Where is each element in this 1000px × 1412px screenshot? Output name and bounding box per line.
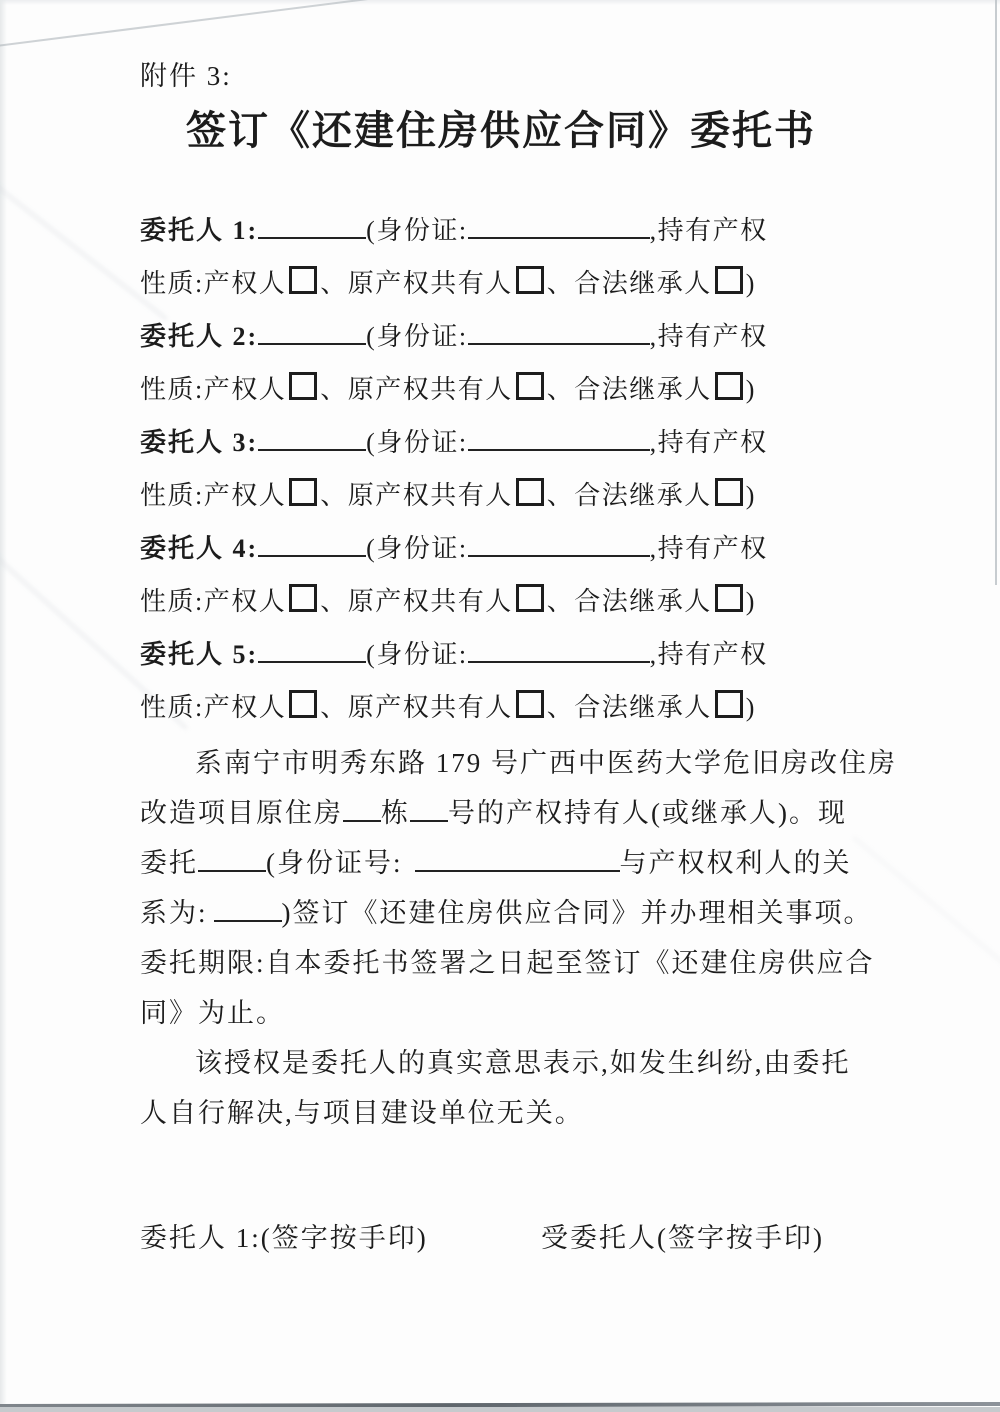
document-title: 签订《还建住房供应合同》委托书 (140, 102, 862, 160)
agent-id-blank-field (415, 864, 620, 872)
nature-text: 性质:产权人 (140, 693, 286, 722)
scan-edge-left (0, 0, 7, 1412)
nature-text: 、原产权共有人 (320, 587, 513, 616)
body-text: 委托 (140, 848, 198, 878)
line-tail: ,持有产权 (650, 640, 768, 669)
body-text: 号的产权持有人(或继承人)。现 (448, 798, 847, 828)
name-blank-field (258, 549, 366, 557)
principal-block: 委托人 3:(身份证:,持有产权 性质:产权人、原产权共有人、合法继承人) (140, 416, 862, 522)
body-line: 该授权是委托人的真实意思表示,如发生纠纷,由委托 (140, 1038, 862, 1088)
checkbox-square (516, 266, 544, 294)
nature-text: ) (746, 375, 756, 404)
body-text: 与产权权利人的关 (620, 848, 852, 878)
principal-block: 委托人 5:(身份证:,持有产权 性质:产权人、原产权共有人、合法继承人) (140, 628, 862, 734)
checkbox-square (715, 266, 743, 294)
nature-text: 、合法继承人 (547, 693, 712, 722)
id-blank-field (468, 337, 650, 345)
principal-line-1: 委托人 2:(身份证:,持有产权 (140, 310, 862, 363)
body-line: 系南宁市明秀东路 179 号广西中医药大学危旧房改住房 (140, 738, 862, 788)
signature-row: 委托人 1:(签字按手印) 受委托人(签字按手印) (140, 1216, 862, 1260)
body-text: 系为: (140, 898, 208, 928)
principal-line-2: 性质:产权人、原产权共有人、合法继承人) (140, 575, 862, 628)
id-blank-field (468, 231, 650, 239)
checkbox-square (516, 478, 544, 506)
principal-line-2: 性质:产权人、原产权共有人、合法继承人) (140, 681, 862, 734)
checkbox-square (289, 690, 317, 718)
scan-edge-bottom-fill (0, 1407, 1000, 1412)
principal-label: 委托人 5: (140, 640, 258, 669)
checkbox-square (715, 690, 743, 718)
id-card-prefix: (身份证: (366, 640, 467, 669)
body-line: 委托期限:自本委托书签署之日起至签订《还建住房供应合 (140, 938, 862, 988)
nature-text: 性质:产权人 (140, 375, 286, 404)
principal-line-1: 委托人 4:(身份证:,持有产权 (140, 522, 862, 575)
checkbox-square (715, 584, 743, 612)
principal-label: 委托人 3: (140, 428, 258, 457)
checkbox-square (289, 266, 317, 294)
document-content: 附件 3: 签订《还建住房供应合同》委托书 委托人 1:(身份证:,持有产权 性… (140, 0, 862, 1260)
id-card-prefix: (身份证: (366, 216, 467, 245)
body-line: 同》为止。 (140, 988, 862, 1038)
scan-streak (852, 836, 1000, 967)
body-text: (身份证号: (266, 848, 403, 878)
nature-text: 、合法继承人 (547, 269, 712, 298)
id-blank-field (468, 549, 650, 557)
line-tail: ,持有产权 (650, 216, 768, 245)
name-blank-field (258, 655, 366, 663)
scan-edge-right (995, 0, 997, 585)
checkbox-square (715, 478, 743, 506)
principal-line-1: 委托人 5:(身份证:,持有产权 (140, 628, 862, 681)
body-line: 人自行解决,与项目建设单位无关。 (140, 1088, 862, 1138)
checkbox-square (715, 372, 743, 400)
nature-text: 、原产权共有人 (320, 481, 513, 510)
principal-line-1: 委托人 3:(身份证:,持有产权 (140, 416, 862, 469)
id-blank-field (468, 655, 650, 663)
nature-text: 、合法继承人 (547, 375, 712, 404)
checkbox-square (516, 372, 544, 400)
principal-block: 委托人 2:(身份证:,持有产权 性质:产权人、原产权共有人、合法继承人) (140, 310, 862, 416)
agent-name-blank-field (198, 864, 266, 872)
nature-text: ) (746, 269, 756, 298)
nature-text: 、原产权共有人 (320, 693, 513, 722)
line-tail: ,持有产权 (650, 534, 768, 563)
body-line: 改造项目原住房栋号的产权持有人(或继承人)。现 (140, 788, 862, 838)
attachment-label: 附件 3: (140, 58, 862, 94)
body-text: 改造项目原住房 (140, 798, 343, 828)
principal-line-2: 性质:产权人、原产权共有人、合法继承人) (140, 257, 862, 310)
nature-text: ) (746, 693, 756, 722)
body-text: )签订《还建住房供应合同》并办理相关事项。 (282, 898, 873, 928)
principal-blocks: 委托人 1:(身份证:,持有产权 性质:产权人、原产权共有人、合法继承人) 委托… (140, 204, 862, 734)
nature-text: 性质:产权人 (140, 481, 286, 510)
principal-label: 委托人 2: (140, 322, 258, 351)
body-text: 栋 (381, 798, 410, 828)
id-card-prefix: (身份证: (366, 534, 467, 563)
building-blank-field (343, 814, 381, 822)
nature-text: 、合法继承人 (547, 481, 712, 510)
agent-signature-label: 受委托人(签字按手印) (541, 1216, 824, 1260)
body-paragraph: 系南宁市明秀东路 179 号广西中医药大学危旧房改住房 改造项目原住房栋号的产权… (140, 738, 862, 1138)
body-line: 系为:)签订《还建住房供应合同》并办理相关事项。 (140, 888, 862, 938)
principal-line-2: 性质:产权人、原产权共有人、合法继承人) (140, 469, 862, 522)
principal-line-2: 性质:产权人、原产权共有人、合法继承人) (140, 363, 862, 416)
nature-text: ) (746, 587, 756, 616)
checkbox-square (289, 478, 317, 506)
nature-text: 、原产权共有人 (320, 269, 513, 298)
relation-blank-field (214, 914, 282, 922)
name-blank-field (258, 231, 366, 239)
principal-label: 委托人 4: (140, 534, 258, 563)
checkbox-square (289, 372, 317, 400)
checkbox-square (516, 584, 544, 612)
principal-signature-label: 委托人 1:(签字按手印) (140, 1216, 428, 1260)
name-blank-field (258, 337, 366, 345)
principal-line-1: 委托人 1:(身份证:,持有产权 (140, 204, 862, 257)
checkbox-square (289, 584, 317, 612)
body-line: 委托(身份证号:与产权权利人的关 (140, 838, 862, 888)
line-tail: ,持有产权 (650, 322, 768, 351)
nature-text: 、合法继承人 (547, 587, 712, 616)
nature-text: 性质:产权人 (140, 269, 286, 298)
id-card-prefix: (身份证: (366, 322, 467, 351)
name-blank-field (258, 443, 366, 451)
principal-label: 委托人 1: (140, 216, 258, 245)
id-blank-field (468, 443, 650, 451)
checkbox-square (516, 690, 544, 718)
id-card-prefix: (身份证: (366, 428, 467, 457)
nature-text: ) (746, 481, 756, 510)
nature-text: 性质:产权人 (140, 587, 286, 616)
nature-text: 、原产权共有人 (320, 375, 513, 404)
unit-blank-field (410, 814, 448, 822)
line-tail: ,持有产权 (650, 428, 768, 457)
principal-block: 委托人 1:(身份证:,持有产权 性质:产权人、原产权共有人、合法继承人) (140, 204, 862, 310)
scanned-page: 附件 3: 签订《还建住房供应合同》委托书 委托人 1:(身份证:,持有产权 性… (0, 0, 1000, 1412)
principal-block: 委托人 4:(身份证:,持有产权 性质:产权人、原产权共有人、合法继承人) (140, 522, 862, 628)
